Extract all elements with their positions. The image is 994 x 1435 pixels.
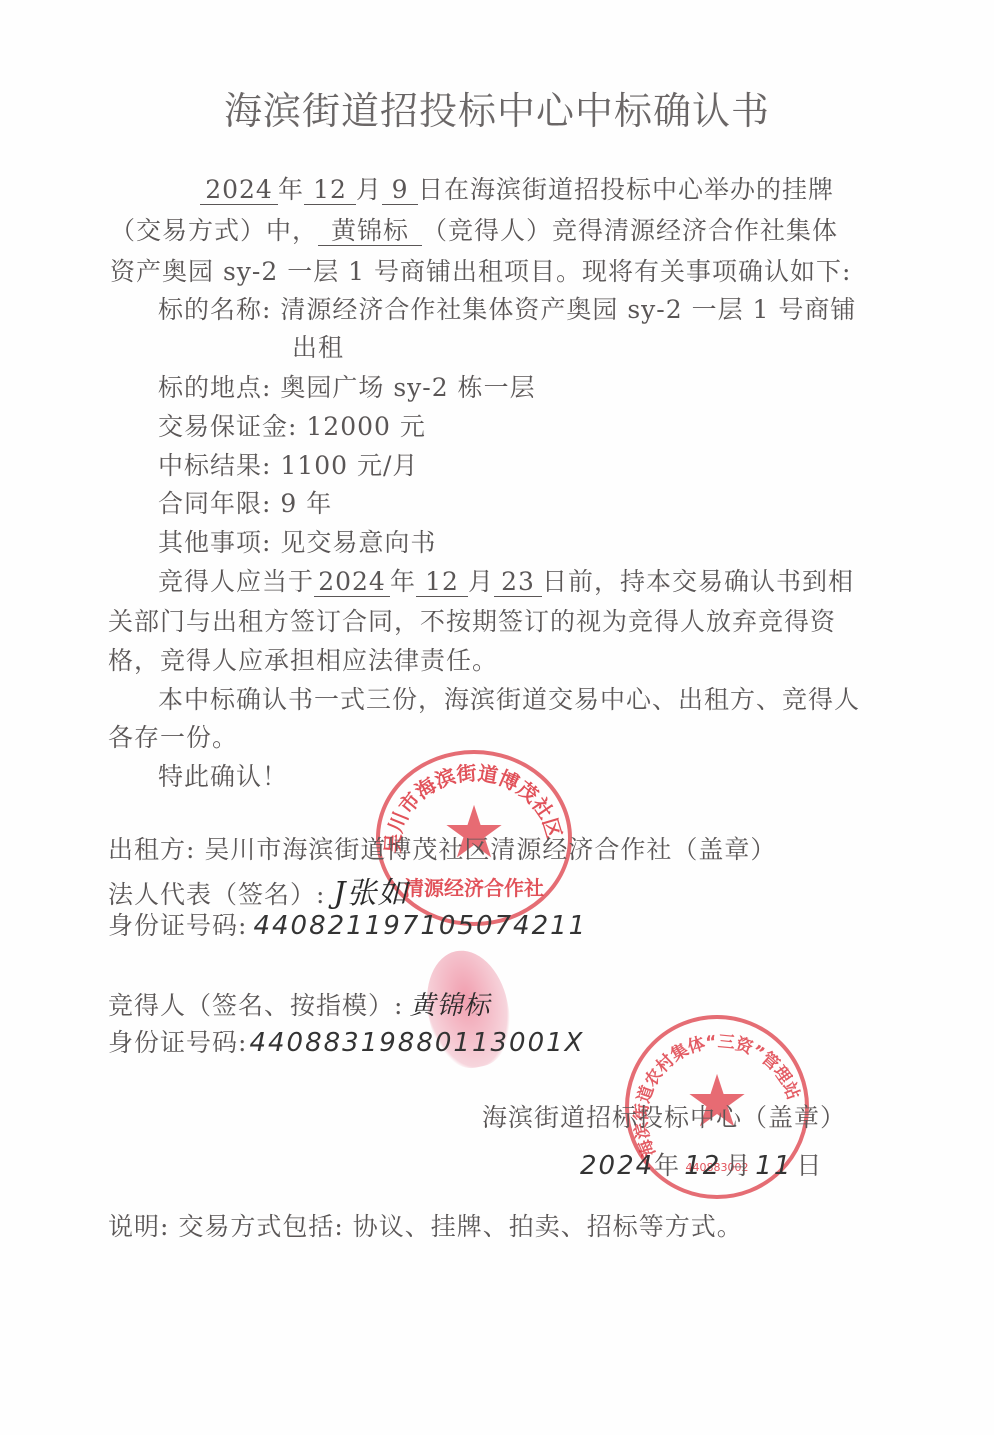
- year-unit: 年: [390, 567, 416, 596]
- item-subject-name: 标的名称: 清源经济合作社集体资产奥园 sy-2 一层 1 号商铺: [158, 290, 856, 326]
- document-page: 海滨街道招投标中心中标确认书 2024年12月9日在海滨街道招投标中心举办的挂牌…: [0, 0, 994, 1435]
- item-result: 中标结果: 1100 元/月: [158, 446, 418, 482]
- document-title: 海滨街道招投标中心中标确认书: [0, 80, 994, 135]
- deadline-prefix: 竞得人应当于: [158, 567, 314, 596]
- intro-day: 9: [382, 176, 418, 205]
- item-label: 合同年限:: [158, 489, 271, 518]
- deadline-line-3: 格，竞得人应承担相应法律责任。: [108, 641, 498, 677]
- bidder-id-row: 身份证号码:44088319880113001X: [108, 1023, 584, 1059]
- year-unit: 年: [654, 1151, 680, 1180]
- month-unit: 月: [468, 567, 494, 596]
- item-subject-location: 标的地点: 奥园广场 sy-2 栋一层: [158, 368, 536, 404]
- day-unit: 日: [796, 1151, 822, 1180]
- date-month: 12: [684, 1151, 721, 1181]
- deadline-day: 23: [494, 568, 542, 597]
- date-day: 11: [755, 1151, 792, 1181]
- item-label: 其他事项:: [158, 528, 271, 557]
- month-unit: 月: [725, 1151, 751, 1180]
- id-label: 身份证号码:: [108, 1028, 247, 1057]
- bidder-signature: 黄锦标: [409, 991, 490, 1021]
- center-date: 2024年12月11日: [580, 1146, 822, 1182]
- center-label: 海滨街道招标投标中心（盖章）: [482, 1098, 846, 1134]
- item-subject-name-cont: 出租: [292, 328, 344, 364]
- winner-name: 黄锦标: [318, 217, 422, 246]
- intro-month: 12: [304, 176, 356, 205]
- item-value: 1100 元/月: [280, 451, 418, 480]
- bidder-label: 竞得人（签名、按指模）:: [108, 991, 403, 1020]
- deadline-year: 2024: [314, 568, 390, 597]
- item-value: 见交易意向书: [280, 528, 436, 557]
- lessor-id-number: 440821197105074211: [253, 911, 587, 941]
- intro-line2-rest: （竞得人）竞得清源经济合作社集体: [422, 216, 838, 245]
- item-deposit: 交易保证金: 12000 元: [158, 407, 426, 443]
- rep-label: 法人代表（签名）:: [108, 880, 325, 909]
- date-year: 2024: [580, 1151, 654, 1181]
- item-label: 交易保证金:: [158, 412, 297, 441]
- intro-line-3: 资产奥园 sy-2 一层 1 号商铺出租项目。现将有关事项确认如下:: [110, 252, 851, 288]
- intro-line-1: 2024年12月9日在海滨街道招投标中心举办的挂牌: [200, 170, 834, 206]
- item-label: 标的名称:: [158, 295, 271, 324]
- id-label: 身份证号码:: [108, 911, 247, 940]
- intro-line2-prefix: （交易方式）中，: [110, 216, 318, 245]
- intro-line1-rest: 日在海滨街道招投标中心举办的挂牌: [418, 175, 834, 204]
- deadline-line-2: 关部门与出租方签订合同，不按期签订的视为竞得人放弃竞得资: [108, 602, 836, 638]
- confirm-text: 特此确认！: [158, 757, 288, 793]
- lessor-label: 出租方: 吴川市海滨街道博茂社区清源经济合作社（盖章）: [108, 830, 776, 866]
- item-value: 12000 元: [306, 412, 425, 441]
- copies-line-1: 本中标确认书一式三份，海滨街道交易中心、出租方、竞得人: [158, 680, 860, 716]
- item-value: 清源经济合作社集体资产奥园 sy-2 一层 1 号商铺: [280, 295, 856, 324]
- item-value: 奥园广场 sy-2 栋一层: [280, 373, 535, 402]
- item-label: 中标结果:: [158, 451, 271, 480]
- year-unit: 年: [278, 175, 304, 204]
- bidder-sign-row: 竞得人（签名、按指模）:黄锦标: [108, 985, 490, 1022]
- item-term: 合同年限: 9 年: [158, 484, 332, 520]
- deadline-month: 12: [416, 568, 468, 597]
- copies-line-2: 各存一份。: [108, 718, 238, 754]
- item-other: 其他事项: 见交易意向书: [158, 523, 436, 559]
- bidder-id-number: 44088319880113001X: [249, 1028, 584, 1058]
- deadline-line-1: 竞得人应当于2024年12月23日前，持本交易确认书到相: [158, 562, 854, 598]
- item-value: 9 年: [280, 489, 332, 518]
- month-unit: 月: [356, 175, 382, 204]
- intro-year: 2024: [200, 176, 278, 205]
- deadline-line1-rest: 日前，持本交易确认书到相: [542, 567, 854, 596]
- note-text: 说明: 交易方式包括: 协议、挂牌、拍卖、招标等方式。: [108, 1207, 743, 1243]
- item-label: 标的地点:: [158, 373, 271, 402]
- intro-line-2: （交易方式）中，黄锦标（竞得人）竞得清源经济合作社集体: [110, 211, 838, 247]
- lessor-id-row: 身份证号码:440821197105074211: [108, 906, 587, 942]
